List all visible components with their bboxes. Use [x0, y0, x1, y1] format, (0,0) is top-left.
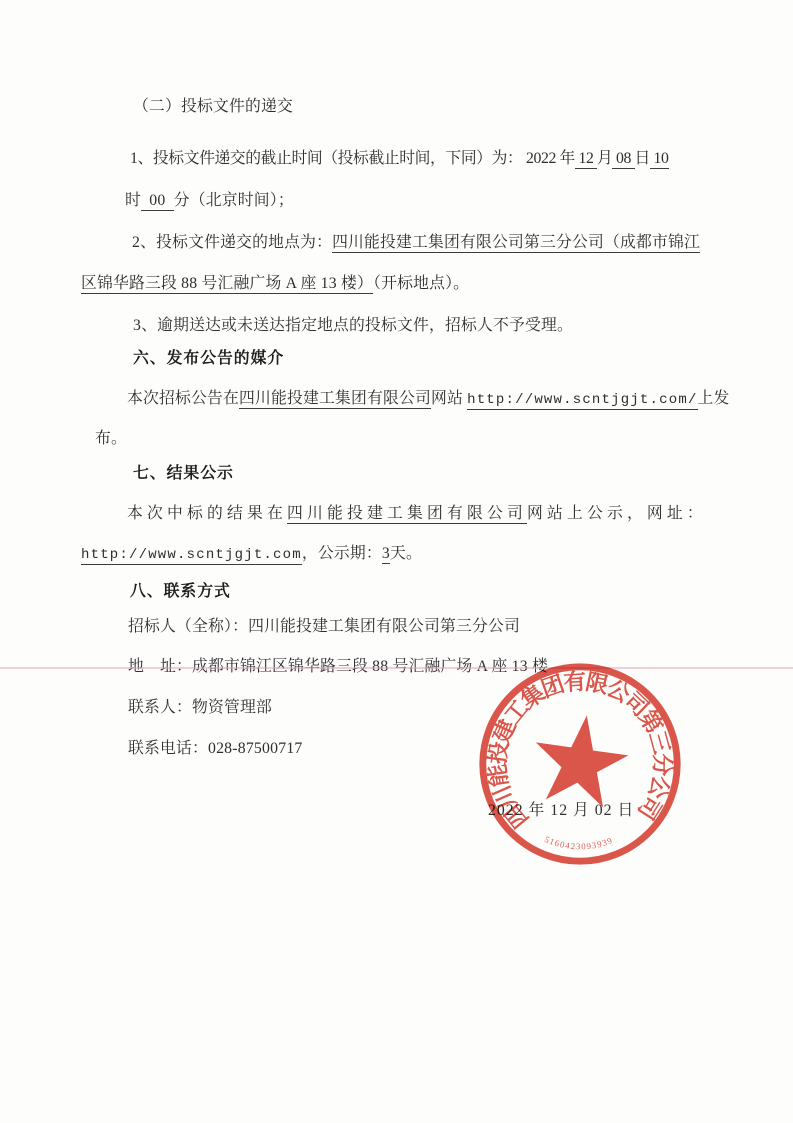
text-segment: ，公示期： [302, 545, 382, 562]
paragraph-result-line2: http://www.scntjgjt.com，公示期：3天。 [81, 544, 422, 565]
text-segment: （开标地点）。 [373, 275, 469, 292]
paragraph-media-line2: 布。 [95, 429, 127, 449]
text-segment: 六、发布公告的媒介 [133, 350, 284, 367]
seal-serial-number: 5160423093939 [543, 834, 614, 851]
underlined-text: 12 [575, 150, 597, 169]
text-segment: 本次中标的结果在 [127, 505, 287, 522]
company-seal-stamp: 四川能投建工集团有限公司第三分公司 5160423093939 [472, 656, 688, 872]
text-segment: 1、投标文件递交的截止时间（投标截止时间，下同）为： 2022 年 [130, 150, 575, 167]
contact-phone: 联系电话：028-87500717 [128, 739, 303, 759]
contact-tenderer-name: 招标人（全称）：四川能投建工集团有限公司第三分公司 [128, 617, 520, 637]
underlined-text: 10 [650, 150, 669, 169]
paragraph-media-line1: 本次招标公告在四川能投建工集团有限公司网站 http://www.scntjgj… [127, 389, 730, 410]
paragraph-late-delivery: 3、逾期送达或未送达指定地点的投标文件，招标人不予受理。 [133, 316, 573, 336]
paragraph-deadline-line1: 1、投标文件递交的截止时间（投标截止时间，下同）为： 2022 年 12 月 0… [130, 149, 669, 169]
underlined-text: 3 [382, 545, 390, 564]
url-text: http://www.scntjgjt.com/ [467, 392, 697, 410]
text-segment: 布。 [95, 430, 127, 447]
paragraph-result-line1: 本次中标的结果在四川能投建工集团有限公司网站上公示，网址： [127, 504, 707, 524]
underlined-text: 四川能投建工集团有限公司 [239, 390, 431, 409]
heading-announcement-media: 六、发布公告的媒介 [133, 349, 284, 369]
text-segment: 时 [125, 192, 141, 209]
text-segment: 八、联系方式 [130, 583, 231, 600]
text-segment: 网站上公示，网址： [527, 505, 707, 522]
text-segment: 本次招标公告在 [127, 390, 239, 407]
paragraph-deadline-line2: 时 00 分（北京时间）； [125, 191, 294, 211]
contact-person: 联系人：物资管理部 [128, 698, 272, 718]
underlined-text: 00 [141, 192, 174, 211]
underlined-text: 四川能投建工集团有限公司 [287, 505, 527, 524]
text-segment: 分（北京时间）； [174, 192, 294, 209]
underlined-text: 08 [612, 150, 634, 169]
heading-bid-submission: （二）投标文件的递交 [133, 97, 293, 117]
text-segment: 月 [597, 150, 612, 167]
star-icon [528, 709, 633, 810]
text-segment: 日 [635, 150, 650, 167]
text-segment: 联系电话：028-87500717 [128, 740, 303, 757]
heading-contact-info: 八、联系方式 [130, 582, 231, 602]
text-segment: 联系人：物资管理部 [128, 699, 272, 716]
scanned-document-page: （二）投标文件的递交 1、投标文件递交的截止时间（投标截止时间，下同）为： 20… [0, 0, 793, 1123]
heading-result-publicity: 七、结果公示 [133, 464, 234, 484]
underlined-text: 区锦华路三段 88 号汇融广场 A 座 13 楼） [81, 275, 373, 294]
text-segment: 3、逾期送达或未送达指定地点的投标文件，招标人不予受理。 [133, 317, 573, 334]
url-text: http://www.scntjgjt.com [81, 547, 302, 565]
text-segment: 上发 [698, 390, 730, 407]
text-segment: 天。 [390, 545, 422, 562]
paragraph-location-line2: 区锦华路三段 88 号汇融广场 A 座 13 楼）（开标地点）。 [81, 274, 469, 294]
underlined-text: 四川能投建工集团有限公司第三分公司（成都市锦江 [332, 234, 700, 253]
text-segment: 招标人（全称）：四川能投建工集团有限公司第三分公司 [128, 618, 520, 635]
text-segment: 2、投标文件递交的地点为： [132, 234, 332, 251]
text-segment: 七、结果公示 [133, 465, 234, 482]
text-segment: （二）投标文件的递交 [133, 98, 293, 115]
text-segment: 网站 [431, 390, 467, 407]
paragraph-location-line1: 2、投标文件递交的地点为：四川能投建工集团有限公司第三分公司（成都市锦江 [132, 233, 700, 253]
